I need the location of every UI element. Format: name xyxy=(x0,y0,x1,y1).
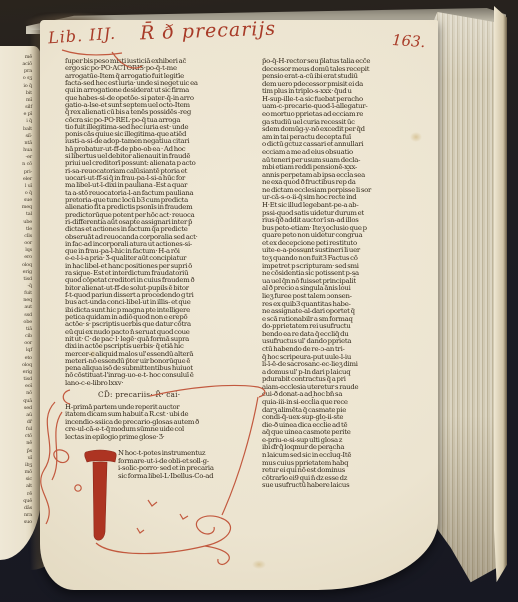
foxing-spot xyxy=(410,132,422,142)
paragraph-second: N hoc-t-potes instrumentuz formare-ut-i-… xyxy=(118,450,254,480)
text-column-left: ſuper bis peso misti iusticiā exhiberi a… xyxy=(65,58,257,387)
facing-page-text-fragments: mē aciō pra o sʒ io q̄ bit mī silf e pī … xyxy=(6,54,32,526)
fore-edge-page-stack xyxy=(430,12,504,588)
chapter-rubric: CD̄: precariis· R̄· cai· xyxy=(98,390,248,399)
incunabulum-photo: mē aciō pra o sʒ io q̄ bit mī silf e pī … xyxy=(0,0,518,602)
handwritten-running-title: R̄ ð precarijs xyxy=(140,18,277,45)
handwritten-book-number: Lib. IIJ. xyxy=(47,24,116,48)
cover-board-edge xyxy=(494,6,507,588)
book-page: Lib. IIJ. R̄ ð precarijs 163. ſuper bis … xyxy=(40,20,438,590)
paragraph-first: H-primā partem unde reperit auctor itate… xyxy=(65,404,261,441)
text-column-right: p̄o-q̄-H-rector seu p̄latus talia ecc̄e … xyxy=(262,58,408,490)
foxing-spot xyxy=(252,560,266,569)
handwritten-folio-number: 163. xyxy=(391,31,426,51)
